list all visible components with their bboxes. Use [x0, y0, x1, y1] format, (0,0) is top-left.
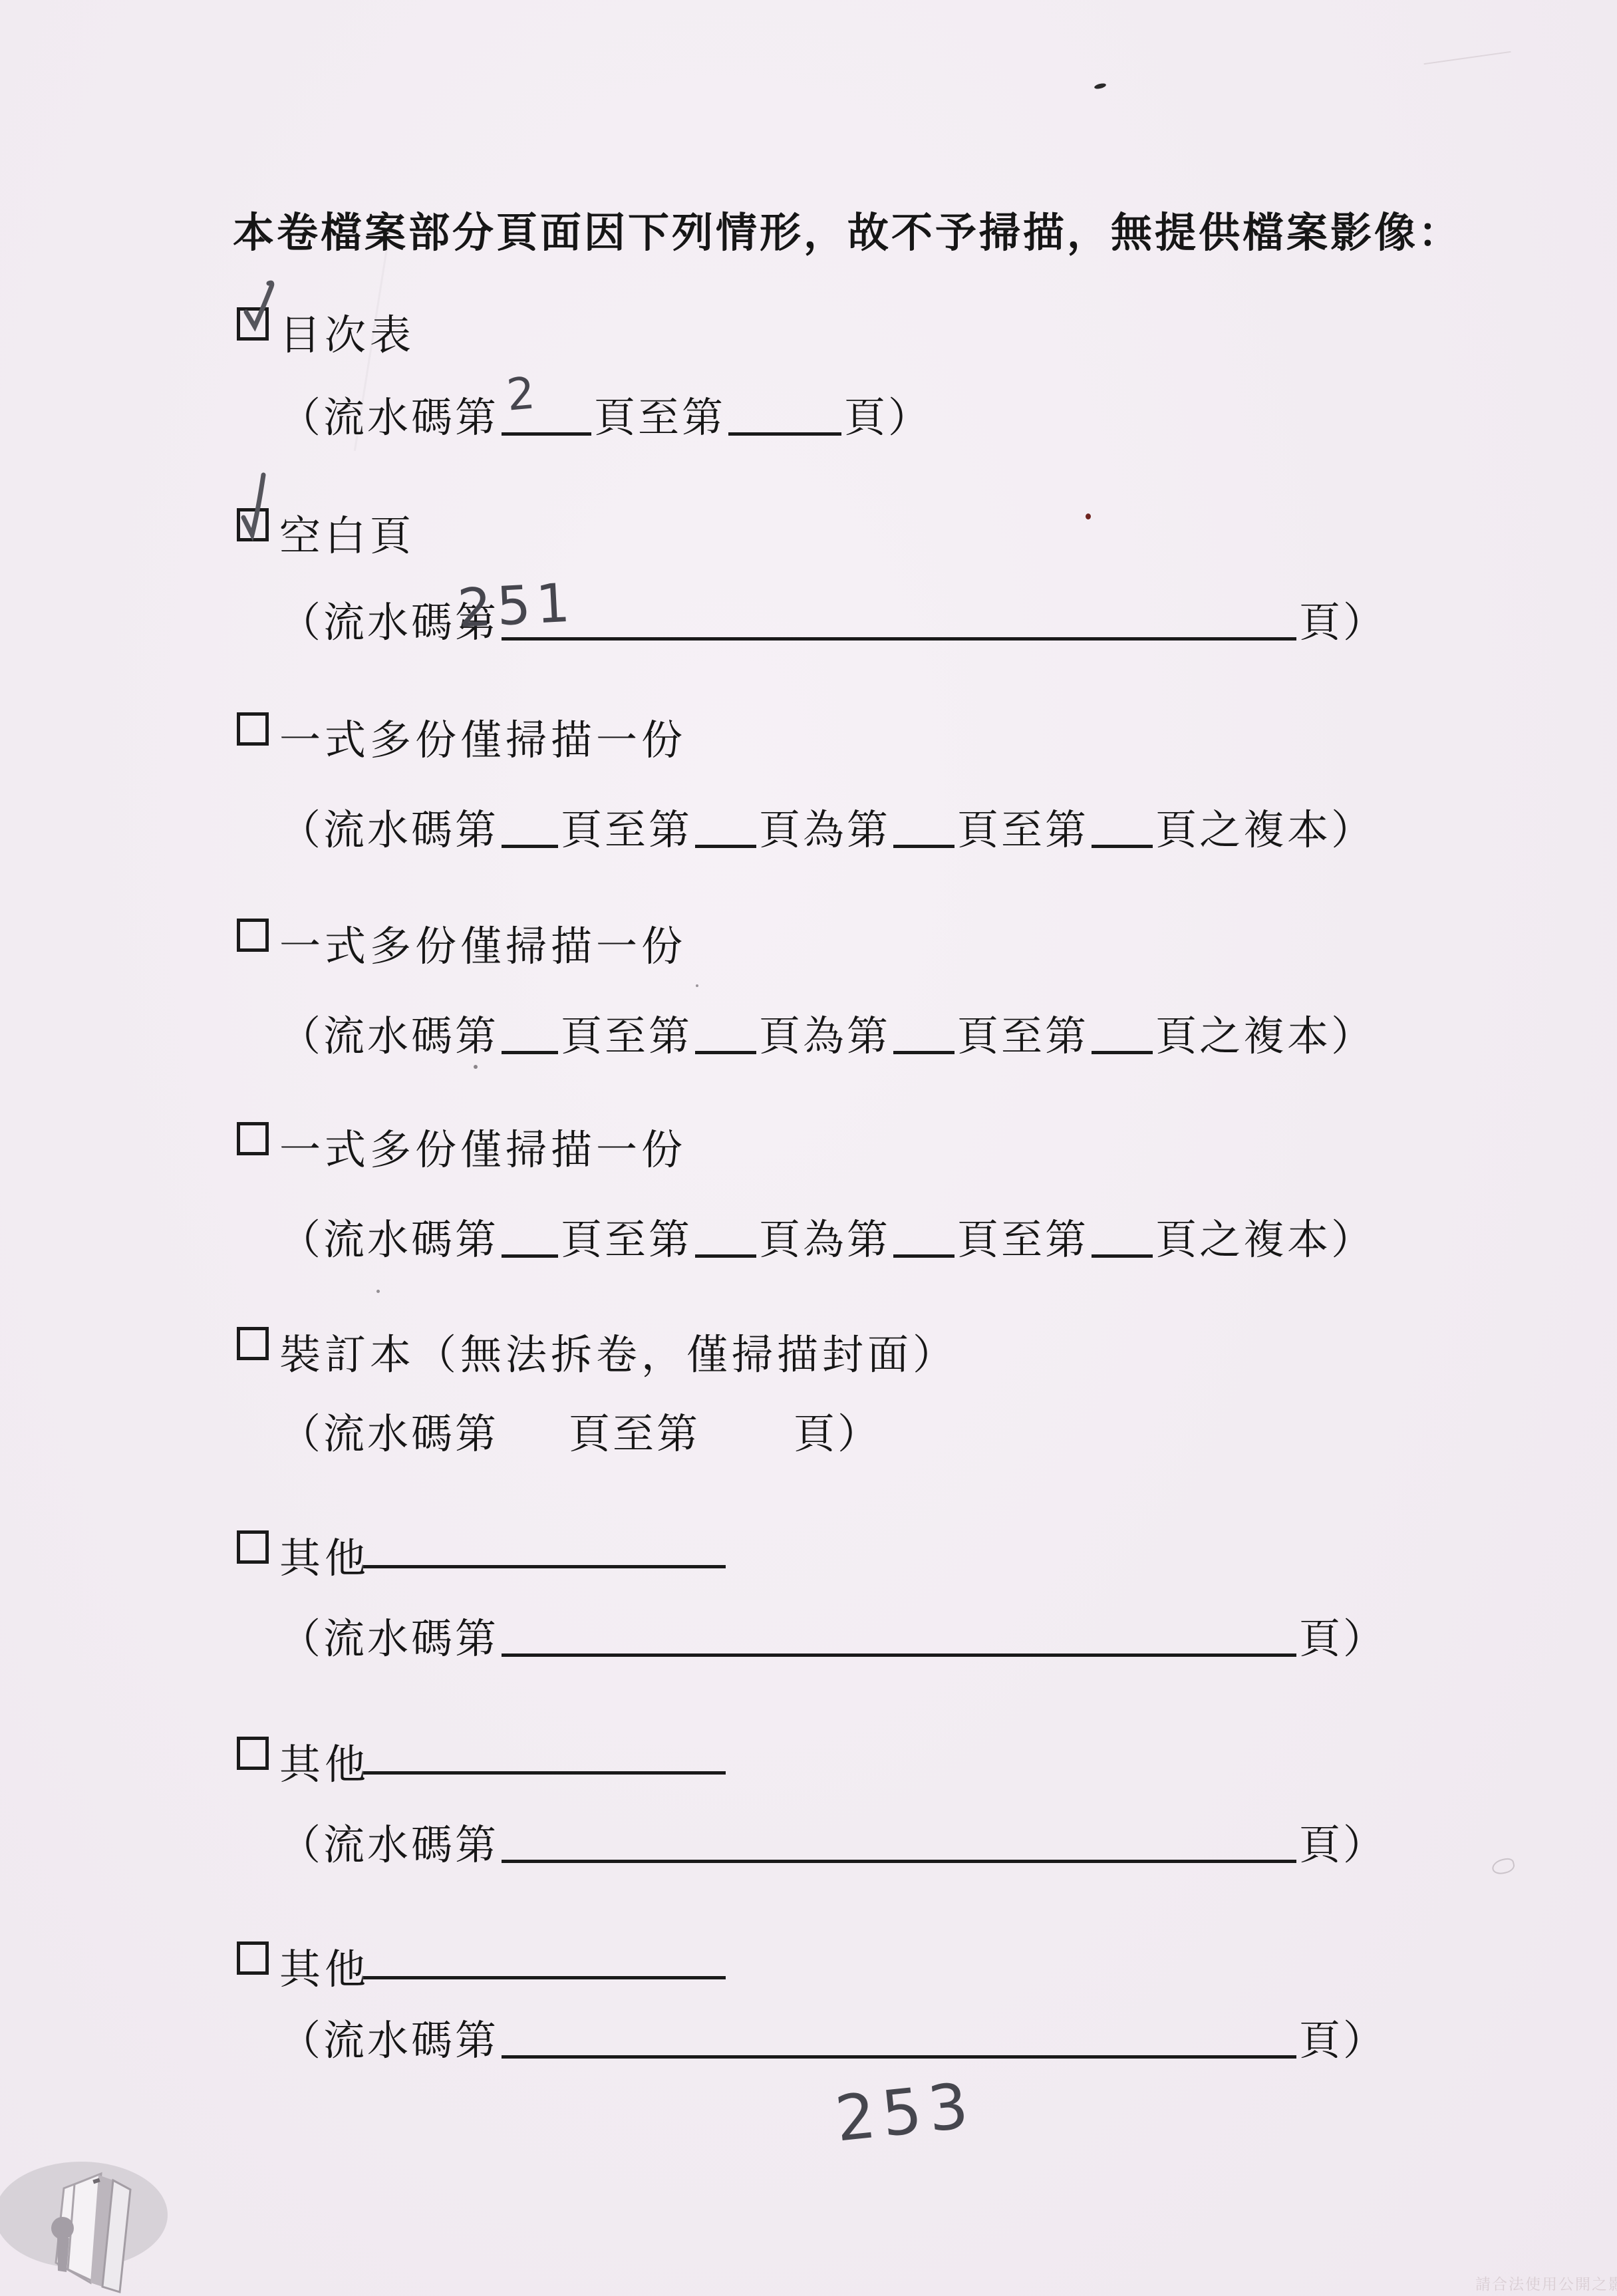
serial-line-copies-2: （流水碼第頁至第頁為第頁至第頁之複本）	[279, 1012, 1387, 1060]
pencil-scribble	[1491, 1857, 1516, 1876]
paper-speck	[1094, 82, 1106, 90]
to-page-text: 頁至第	[957, 806, 1089, 853]
serial-open-text: （流水碼第	[279, 1012, 499, 1060]
option-label-copies-3: 一式多份僅掃描一份	[279, 1117, 686, 1176]
blank-field	[502, 1857, 1296, 1863]
option-label-other-1: 其他	[279, 1525, 370, 1584]
serial-line-bound-volume: （流水碼第頁至第頁）	[279, 1410, 881, 1457]
blank-field	[893, 1048, 955, 1054]
copy-close-text: 頁之複本）	[1155, 1012, 1375, 1060]
to-page-text: 頁至第	[957, 1216, 1089, 1263]
serial-line-blank-page: （流水碼第頁）	[279, 599, 1387, 646]
serial-open-text: （流水碼第	[279, 1216, 499, 1263]
serial-line-copies-1: （流水碼第頁至第頁為第頁至第頁之複本）	[279, 806, 1387, 853]
checkbox-other-2	[237, 1737, 269, 1770]
option-label-bound-volume: 裝訂本（無法拆卷，僅掃描封面）	[279, 1322, 958, 1381]
blank-field	[502, 842, 558, 848]
scanned-form-page: 本卷檔案部分頁面因下列情形，故不予掃描，無提供檔案影像： 目次表 （流水碼第頁至…	[0, 0, 1617, 2296]
is-copy-of-text: 頁為第	[759, 806, 891, 853]
option-label-other-2: 其他	[279, 1731, 370, 1791]
other-blank-field	[363, 1976, 726, 1979]
close-page-text: 頁）	[1299, 2017, 1387, 2064]
serial-line-other-3: （流水碼第頁）	[279, 2017, 1387, 2064]
to-page-text: 頁至第	[561, 1216, 692, 1263]
serial-line-toc: （流水碼第頁至第頁）	[279, 394, 932, 441]
other-blank-field	[363, 1565, 726, 1568]
option-label-blank-page: 空白頁	[279, 503, 415, 562]
blank-field	[695, 842, 756, 848]
to-page-text: 頁至第	[594, 394, 726, 441]
option-label-toc: 目次表	[279, 302, 415, 361]
blank-field	[695, 1252, 756, 1258]
blank-field	[502, 1252, 558, 1258]
serial-open-text: （流水碼第	[279, 1821, 499, 1868]
copy-close-text: 頁之複本）	[1155, 1216, 1375, 1263]
serial-line-other-2: （流水碼第頁）	[279, 1821, 1387, 1868]
serial-open-text: （流水碼第	[279, 394, 499, 441]
copy-close-text: 頁之複本）	[1155, 806, 1375, 853]
page-title: 本卷檔案部分頁面因下列情形，故不予掃描，無提供檔案影像：	[233, 200, 1462, 259]
to-page-text: 頁至第	[569, 1410, 700, 1457]
blank-space	[700, 1449, 794, 1452]
blank-field	[893, 842, 955, 848]
handwritten-blank-pages: 251	[456, 571, 577, 639]
paper-speck	[376, 1290, 380, 1293]
blank-space	[499, 1449, 569, 1452]
serial-open-text: （流水碼第	[279, 2017, 499, 2064]
checkbox-copies-1	[237, 712, 269, 746]
serial-line-copies-3: （流水碼第頁至第頁為第頁至第頁之複本）	[279, 1216, 1387, 1263]
serial-line-other-1: （流水碼第頁）	[279, 1615, 1387, 1662]
checkbox-toc	[237, 307, 269, 341]
close-page-text: 頁）	[1299, 1615, 1387, 1662]
blank-field	[1092, 1048, 1153, 1054]
blank-field	[502, 430, 591, 436]
checkbox-other-1	[237, 1530, 269, 1564]
paper-speck	[696, 984, 698, 987]
checkbox-bound-volume	[237, 1327, 269, 1360]
blank-field	[502, 635, 1296, 641]
close-page-text: 頁）	[794, 1410, 881, 1457]
blank-field	[1092, 1252, 1153, 1258]
blank-field	[1092, 842, 1153, 848]
to-page-text: 頁至第	[561, 806, 692, 853]
handwritten-toc-start-page: 2	[505, 367, 537, 420]
option-label-copies-2: 一式多份僅掃描一份	[279, 913, 686, 972]
blank-field	[502, 1048, 558, 1054]
blank-field	[728, 430, 841, 436]
paper-speck	[474, 1065, 478, 1069]
handwritten-sheet-number: 253	[832, 2069, 978, 2156]
serial-open-text: （流水碼第	[279, 806, 499, 853]
close-page-text: 頁）	[844, 394, 932, 441]
checkbox-copies-2	[237, 919, 269, 952]
archives-logo	[0, 2159, 170, 2296]
checkbox-copies-3	[237, 1122, 269, 1155]
other-blank-field	[363, 1771, 726, 1775]
option-label-copies-1: 一式多份僅掃描一份	[279, 707, 686, 766]
blank-field	[502, 2053, 1296, 2059]
to-page-text: 頁至第	[561, 1012, 692, 1060]
checkbox-other-3	[237, 1941, 269, 1975]
blank-field	[502, 1651, 1296, 1657]
close-page-text: 頁）	[1299, 599, 1387, 646]
serial-open-text: （流水碼第	[279, 1410, 499, 1457]
paper-scratch	[1424, 51, 1511, 65]
serial-open-text: （流水碼第	[279, 1615, 499, 1662]
checkbox-blank-page	[237, 508, 269, 541]
is-copy-of-text: 頁為第	[759, 1216, 891, 1263]
paper-speck	[1086, 513, 1091, 519]
option-label-other-3: 其他	[279, 1936, 370, 1995]
to-page-text: 頁至第	[957, 1012, 1089, 1060]
blank-field	[695, 1048, 756, 1054]
blank-field	[893, 1252, 955, 1258]
is-copy-of-text: 頁為第	[759, 1012, 891, 1060]
usage-watermark: 請合法使用公開之影像	[1475, 2272, 1617, 2294]
close-page-text: 頁）	[1299, 1821, 1387, 1868]
